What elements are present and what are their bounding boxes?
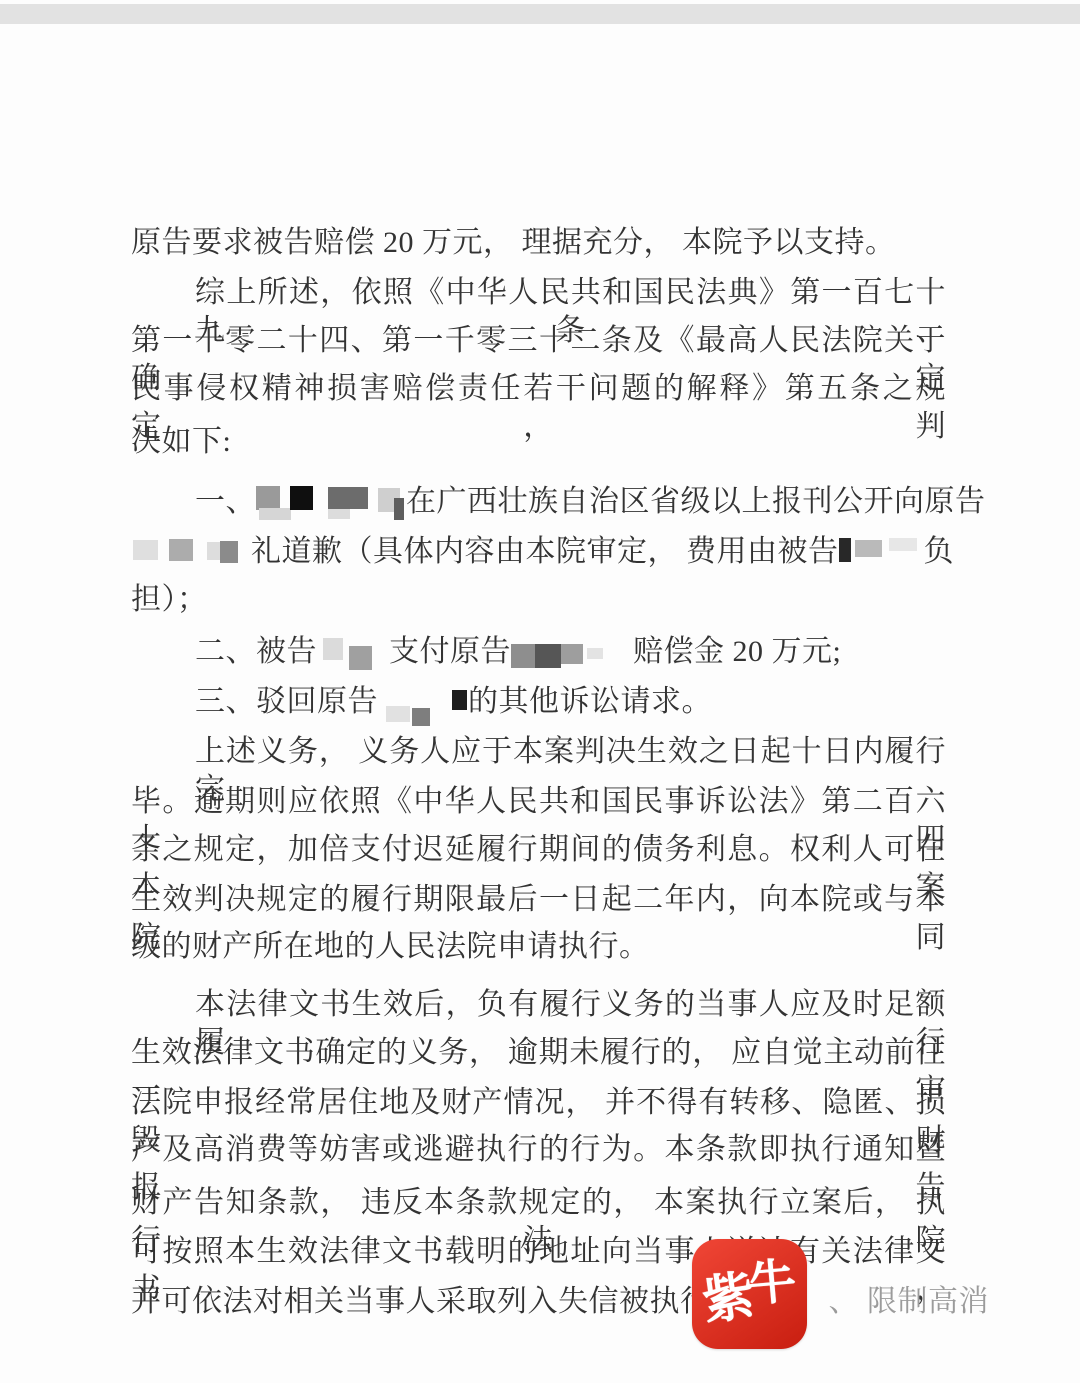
mosaic-block [855,540,882,557]
mosaic-block [328,487,368,509]
mosaic-block [839,538,851,562]
ziniu-news-logo-watermark: 紫 牛 [692,1239,807,1349]
doc-line: 决如下: [131,423,946,463]
mosaic-block [323,638,343,660]
mosaic-block [535,644,561,668]
logo-covered-gap [603,651,633,661]
mosaic-block [561,644,583,664]
redaction-mosaic [131,534,251,568]
doc-text: 并可依法对相关当事人采取列入失信被执行 [131,1285,711,1318]
doc-line: 生效法律文书确定的义务， 逾期未履行的， 应自觉主动前往一审 [131,1034,946,1074]
doc-text: 一、 [195,485,256,518]
doc-line: 上述义务， 义务人应于本案判决生效之日起十日内履行完 [131,733,946,773]
mosaic-block [349,646,372,670]
doc-text: 礼道歉（具体内容由本院审定， 费用由被告 [251,535,839,568]
redaction-mosaic [256,484,406,518]
doc-text: 二、被告 [195,635,317,668]
mosaic-block [452,690,467,710]
doc-line: 可按照本生效法律文书载明的地址向当事人送达有关法律文书， [131,1233,946,1273]
doc-line: 毕。逾期则应依照《中华人民共和国民事诉讼法》第二百六十四 [131,783,946,823]
doc-line: 第一千零二十四、第一千零三十二条及《最高人民法院关于确定 [131,322,946,362]
mosaic-block [207,542,220,560]
mosaic-block [386,706,410,722]
doc-line: 法院申报经常居住地及财产情况， 并不得有转移、隐匿、损毁财 [131,1084,946,1124]
doc-line: 级的财产所在地的人民法院申请执行。 [131,928,946,968]
mosaic-block [220,541,238,563]
mosaic-block [412,708,430,726]
doc-line: 产及高消费等妨害或逃避执行的行为。本条款即执行通知暨报告 [131,1131,946,1171]
mosaic-block [133,540,158,560]
document-photo: { "page": { "paper_color": "#fdfdfd", "t… [0,0,1080,1383]
redaction-mosaic [317,634,389,668]
doc-text-faded: 、 限制高消 [829,1285,990,1318]
mosaic-block [290,486,313,510]
doc-line: 条之规定，加倍支付迟延履行期间的债务利息。权利人可在本案 [131,831,946,871]
redaction-mosaic [386,684,434,718]
doc-line: 并可依法对相关当事人采取列入失信被执行、 限制高消 [131,1283,946,1323]
doc-line: 一、在广西壮族自治区省级以上报刊公开向原告 [131,483,946,523]
mosaic-block [256,486,280,510]
redaction-mosaic [839,534,924,568]
doc-text: 支付原告 [389,635,511,668]
mosaic-block [169,539,193,561]
redaction-mosaic [511,634,603,668]
mosaic-block [394,498,404,520]
doc-line: 担）； [131,581,946,621]
doc-line: 本法律文书生效后，负有履行义务的当事人应及时足额履行 [131,986,946,1026]
mosaic-block [889,538,917,551]
doc-text: 级的财产所在地的人民法院申请执行。 [131,930,650,963]
logo-covered-gap [434,701,452,711]
redaction-mosaic [452,684,468,718]
mosaic-block [587,648,603,659]
mosaic-block [511,644,535,668]
mosaic-block [328,509,350,519]
logo-char-niu: 牛 [746,1258,798,1310]
doc-line: 民事侵权精神损害赔偿责任若干问题的解释》第五条之规定，判 [131,370,946,410]
doc-line: 综上所述，依照《中华人民共和国民法典》第一百七十九条、 [131,274,946,314]
doc-line: 生效判决规定的履行期限最后一日起二年内，向本院或与本院同 [131,881,946,921]
doc-text: 在广西壮族自治区省级以上报刊公开向原告 [406,485,986,518]
doc-line: 二、被告支付原告赔偿金 20 万元; [131,633,946,673]
doc-text: 赔偿金 20 万元; [633,635,841,668]
doc-text: 决如下: [131,425,231,458]
doc-line: 原告要求被告赔偿 20 万元， 理据充分， 本院予以支持。 [131,224,946,264]
doc-line: 礼道歉（具体内容由本院审定， 费用由被告负 [131,533,946,573]
logo-covered-gap [378,701,386,711]
doc-line: 财产告知条款， 违反本条款规定的， 本案执行立案后， 执行法院 [131,1184,946,1224]
doc-text: 担）； [131,583,208,616]
doc-text: 负 [924,535,955,568]
doc-text: 三、驳回原告 [195,685,378,718]
doc-text: 的其他诉讼请求。 [468,685,712,718]
mosaic-block [259,508,291,520]
photo-top-edge-band [0,4,1080,24]
doc-line: 三、驳回原告的其他诉讼请求。 [131,683,946,723]
doc-text: 原告要求被告赔偿 20 万元， 理据充分， 本院予以支持。 [131,226,896,259]
